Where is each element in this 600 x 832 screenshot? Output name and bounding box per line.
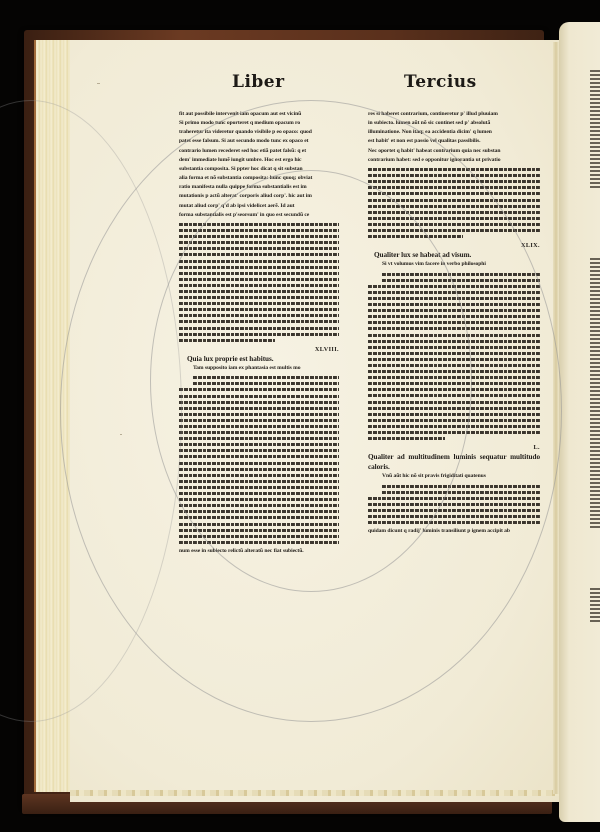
text-line: ratio manifesta nulla quippe forma subst… [179,183,339,192]
text-line: mutationis p actū alterat' corporis aliu… [179,192,339,201]
text-line [368,394,540,397]
facing-page-text-top [590,70,600,190]
text-line [368,217,540,220]
text-line [368,407,540,410]
text-line [193,376,339,379]
text-line: contrario lumen recederet sed hoc etiā p… [179,147,339,156]
text-line [368,425,540,428]
text-line [368,503,540,506]
text-line [368,431,540,434]
paper-speck [120,434,122,435]
text-line [368,168,540,171]
text-line [179,455,339,458]
text-line [368,174,540,177]
text-line [179,272,339,275]
text-line [368,186,540,189]
text-line [179,492,339,495]
text-line: in subiecto. lumen aūt nō sic continet s… [368,119,540,128]
text-line: num esse in subiecto relictū alteratū ne… [179,547,339,556]
text-line: Si vt volumus vim facere in verbo philos… [368,260,540,269]
text-line [179,395,339,398]
text-line: est habit' et non est passio vel qualita… [368,137,540,146]
text-line [179,314,339,317]
text-line [179,253,339,256]
text-line [368,515,540,518]
text-line [179,535,339,538]
text-line: Vnū aūt hic nō sit pravis frigiditati qu… [368,472,540,481]
text-line [179,462,339,465]
text-line [368,497,540,500]
text-line [368,413,540,416]
section-number: L. [368,443,540,452]
text-line: Tam supposito iam ex phantasia est multi… [179,364,339,373]
text-line [179,510,339,513]
section-number: XLIX. [368,241,540,250]
text-line [179,443,339,446]
text-line: res si haberet contrarium, contineretur … [368,110,540,119]
text-line [368,382,540,385]
text-line [179,308,339,311]
text-line: traheretur ita videretur quando visibile… [179,128,339,137]
text-line [368,235,463,238]
section-title: Quia lux proprie est habitus. [179,354,339,364]
section-title: Qualiter lux se habeat ad visum. [368,250,540,260]
text-line: forma substantialis est p'seorsum' in qu… [179,211,339,220]
text-line: substantia composita. Si ppter hoc dicat… [179,165,339,174]
text-line [368,229,540,232]
text-line [179,486,339,489]
text-line: alia forma et nō substantia composita: h… [179,174,339,183]
text-line [368,370,540,373]
text-line [382,273,540,276]
running-head-left: Liber [232,72,285,92]
text-line [179,296,339,299]
text-line [179,266,339,269]
text-line [368,358,540,361]
text-line: mutat aliud corp' q'd ab ipsi videlicet … [179,202,339,211]
text-line [179,247,339,250]
text-line [368,521,540,524]
text-line [368,334,540,337]
text-line: contrarium habet: sed e opponitur ignora… [368,156,540,165]
text-line [179,468,339,471]
text-line [179,504,339,507]
text-line [179,480,339,483]
paper-speck [97,83,100,84]
text-line [179,278,339,281]
text-column-left: fit aut possibile intervenit iam opacum … [179,110,339,700]
text-line [179,229,339,232]
text-line: quidam dicunt q radij' luminis transiliu… [368,527,540,536]
text-line [368,321,540,324]
text-line [179,302,339,305]
text-line: dem' immediate lumē iungit umbre. Hoc es… [179,156,339,165]
text-line [368,315,540,318]
text-line [368,437,445,440]
text-line [368,291,540,294]
text-line: Si primo modo tunc oporteret q medium op… [179,119,339,128]
text-line [368,309,540,312]
text-line [368,303,540,306]
text-line [368,340,540,343]
text-column-right: res si haberet contrarium, contineretur … [368,110,540,670]
text-line [179,241,339,244]
text-line [179,425,339,428]
facing-page-text-bottom [590,588,600,622]
text-line [179,437,339,440]
text-line [179,284,339,287]
text-line [368,199,540,202]
text-line [368,346,540,349]
text-line [179,529,339,532]
text-line [179,320,339,323]
text-line [179,449,339,452]
section-title: Qualiter ad multitudinem luminis sequatu… [368,452,540,472]
text-line [179,333,339,336]
section-number: XLVIII. [179,345,339,354]
text-line [179,235,339,238]
text-line [368,192,540,195]
text-line [382,279,540,282]
text-line [179,401,339,404]
text-line: patet esse falsum. Si aut secundo modo t… [179,137,339,146]
book-scan: Liber Tercius fit aut possibile interven… [0,0,600,832]
text-line [179,523,339,526]
text-line [368,297,540,300]
text-line [179,407,339,410]
text-line [368,401,540,404]
text-line [179,541,339,544]
text-line [179,327,339,330]
text-line [368,211,540,214]
text-line [368,352,540,355]
text-line [179,419,339,422]
text-line [368,419,540,422]
text-line [382,485,540,488]
text-line [179,516,339,519]
running-head-right: Tercius [404,72,477,92]
text-line [368,388,540,391]
text-line [368,285,540,288]
text-line [368,180,540,183]
text-line [179,339,275,342]
text-line [179,498,339,501]
text-line [179,260,339,263]
text-line [368,205,540,208]
text-line [368,223,540,226]
text-line [179,290,339,293]
text-line [193,382,339,385]
text-line [368,327,540,330]
text-line [179,474,339,477]
text-line [382,491,540,494]
text-line: Nec oportet q habit' habeat contrarium q… [368,147,540,156]
text-line [368,509,540,512]
text-line: illuminatione. Non itaq; ea accidentia d… [368,128,540,137]
text-line [368,376,540,379]
text-line [179,413,339,416]
facing-page-text-middle [590,258,600,530]
text-line [179,388,339,391]
text-line [368,364,540,367]
page-deckle-edge [70,790,560,796]
text-line [179,431,339,434]
text-line [179,223,339,226]
text-line: fit aut possibile intervenit iam opacum … [179,110,339,119]
